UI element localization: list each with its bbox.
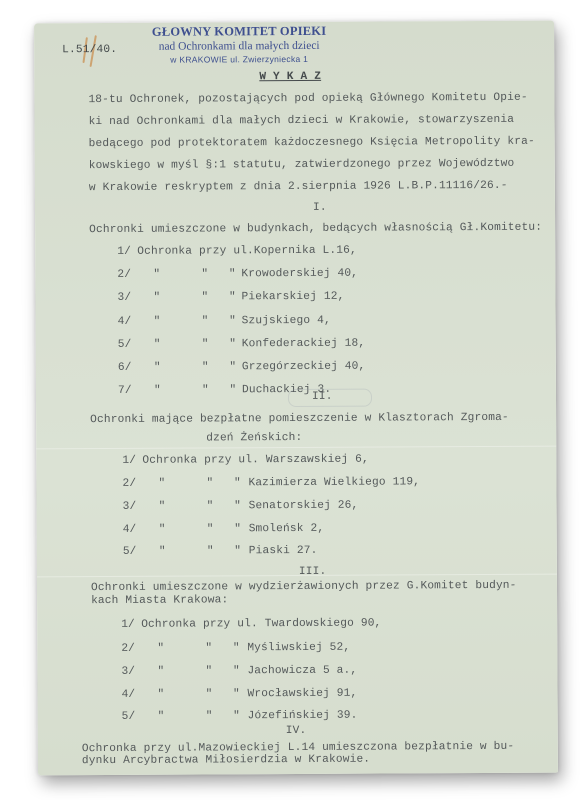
ditto-marks: " " " [158, 478, 240, 490]
list-item-text: Szujskiego 4, [242, 316, 331, 328]
list-item-text: Ochronka przy ul. Twardowskiego 90, [141, 619, 381, 631]
organization-stamp: GŁOWNY KOMITET OPIEKI nad Ochronkami dla… [139, 24, 339, 66]
intro-line: kowskiego w myśl §:1 statutu, zatwierdzo… [89, 159, 515, 172]
list-item-number: 1/ [117, 247, 131, 258]
reference-number: L.51/40. [62, 45, 117, 56]
list-item-text: Piekarskiej 12, [241, 292, 344, 304]
section-heading: Ochronki umieszczone w wydzierżawionych … [91, 581, 517, 594]
ditto-marks: " " " [153, 269, 235, 281]
stamp-line-2: nad Ochronkami dla małych dzieci [139, 39, 339, 54]
document-page: L.51/40. GŁOWNY KOMITET OPIEKI nad Ochro… [34, 21, 558, 776]
list-item-text: Kazimierza Wielkiego 119, [248, 477, 420, 489]
intro-line: ki nad Ochronkami dla małych dzieci w Kr… [89, 115, 515, 128]
section-heading: dzeń Żeńskich: [206, 433, 302, 445]
ditto-marks: " " " [159, 546, 241, 558]
list-item-text: Piaski 27. [249, 546, 318, 558]
list-item-number: 5/ [123, 547, 137, 558]
fold-line [36, 446, 556, 450]
section-heading: dynku Arcybractwa Miłosierdzia w Krakowi… [82, 755, 370, 768]
ditto-marks: " " " [153, 292, 235, 304]
intro-line: 18-tu Ochronek, pozostających pod opieką… [88, 93, 527, 107]
stamp-line-3: w KRAKOWIE ul. Zwierzyniecka 1 [139, 53, 339, 66]
document-title: W Y K A Z [259, 72, 321, 84]
fold-line [37, 574, 557, 578]
stamp-line-1: GŁOWNY KOMITET OPIEKI [139, 24, 339, 40]
section-numeral: IV. [286, 726, 307, 737]
list-item-number: 5/ [122, 712, 136, 723]
list-item-number: 4/ [118, 317, 132, 328]
ditto-marks: " " " [159, 524, 241, 536]
intro-line: w Krakowie reskryptem z dnia 2.sierpnia … [89, 181, 508, 194]
list-item-number: 3/ [117, 293, 131, 304]
list-item-text: Ochronka przy ul. Warszawskiej 6, [142, 455, 369, 467]
ditto-marks: " " " [157, 643, 239, 655]
list-item-text: Smoleńsk 2, [249, 524, 325, 536]
list-item-text: Wrocławskiej 91, [248, 689, 358, 701]
section-heading: Ochronki umieszczone w budynkach, bedący… [89, 223, 542, 237]
list-item-number: 1/ [121, 620, 135, 631]
list-item-number: 1/ [122, 456, 136, 467]
list-item-text: Ochronka przy ul.Kopernika L.16, [137, 246, 357, 258]
ditto-marks: " " " [159, 501, 241, 513]
list-item-number: 2/ [121, 644, 135, 655]
list-item-number: 6/ [118, 363, 132, 374]
section-numeral: III. [299, 567, 327, 578]
list-item-number: 4/ [122, 690, 136, 701]
intro-line: bedącego pod protektoratem każdoczesnego… [89, 137, 535, 151]
list-item-text: Konfederackiej 18, [242, 339, 366, 351]
ditto-marks: " " " [158, 711, 240, 723]
list-item-text: Józefińskiej 39. [248, 711, 358, 723]
ditto-marks: " " " [154, 339, 236, 351]
ditto-marks: " " " [154, 316, 236, 328]
ditto-marks: " " " [154, 385, 236, 397]
list-item-text: Senatorskiej 26, [249, 501, 359, 513]
section-numeral: II. [312, 392, 333, 403]
section-heading: Ochronki mające bezpłatne pomieszczenie … [90, 413, 509, 426]
list-item-number: 2/ [122, 479, 136, 490]
list-item-number: 2/ [117, 270, 131, 281]
list-item-text: Krowoderskiej 40, [241, 269, 358, 281]
list-item-text: Myśliwskiej 52, [247, 643, 350, 655]
section-numeral: I. [313, 203, 327, 214]
ditto-marks: " " " [158, 689, 240, 701]
list-item-text: Jachowicza 5 a., [247, 666, 357, 678]
list-item-number: 4/ [123, 525, 137, 536]
list-item-number: 5/ [118, 340, 132, 351]
ditto-marks: " " " [154, 362, 236, 374]
list-item-text: Grzegórzeckiej 40, [242, 362, 366, 374]
section-heading: kach Miasta Krakowa: [91, 595, 228, 607]
list-item-number: 3/ [121, 667, 135, 678]
ditto-marks: " " " [157, 666, 239, 678]
list-item-number: 3/ [123, 502, 137, 513]
list-item-number: 7/ [118, 386, 132, 397]
